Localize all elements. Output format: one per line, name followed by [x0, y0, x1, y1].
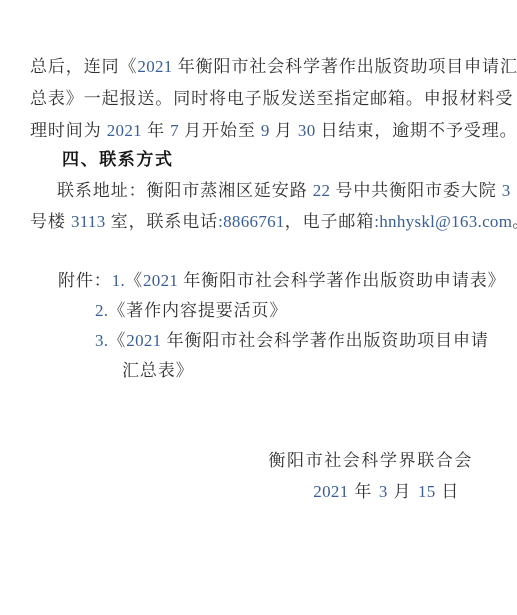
contact-line-2: 号楼 3113 室，联系电话:8866761，电子邮箱:hnhyskl@163.…	[30, 212, 517, 232]
paragraph-line-2: 总表》一起报送。同时将电子版发送至指定邮箱。申报材料受	[30, 89, 513, 109]
signature-date: 2021 年 3 月 15 日	[313, 482, 460, 502]
paragraph-line-3: 理时间为 2021 年 7 月开始至 9 月 30 日结束，逾期不予受理。	[30, 121, 517, 141]
signature-organization: 衡阳市社会科学界联合会	[268, 451, 473, 471]
attachment-item-3-continuation: 汇总表》	[122, 361, 194, 381]
document-page: 总后，连同《2021 年衡阳市社会科学著作出版资助项目申请汇 总表》一起报送。同…	[0, 0, 517, 615]
attachments-row: 附件： 1.《2021 年衡阳市社会科学著作出版资助申请表》	[58, 271, 506, 291]
attachments-label: 附件：	[58, 271, 112, 291]
attachment-item-3: 3.《2021 年衡阳市社会科学著作出版资助项目申请	[95, 331, 489, 351]
paragraph-line-1: 总后，连同《2021 年衡阳市社会科学著作出版资助项目申请汇	[30, 57, 517, 77]
contact-line-1: 联系地址：衡阳市蒸湘区延安路 22 号中共衡阳市委大院 3	[57, 181, 511, 201]
section-heading-contact: 四、联系方式	[62, 150, 174, 170]
attachment-item-1: 1.《2021 年衡阳市社会科学著作出版资助申请表》	[112, 271, 506, 291]
attachment-item-2: 2.《著作内容提要活页》	[95, 301, 287, 321]
